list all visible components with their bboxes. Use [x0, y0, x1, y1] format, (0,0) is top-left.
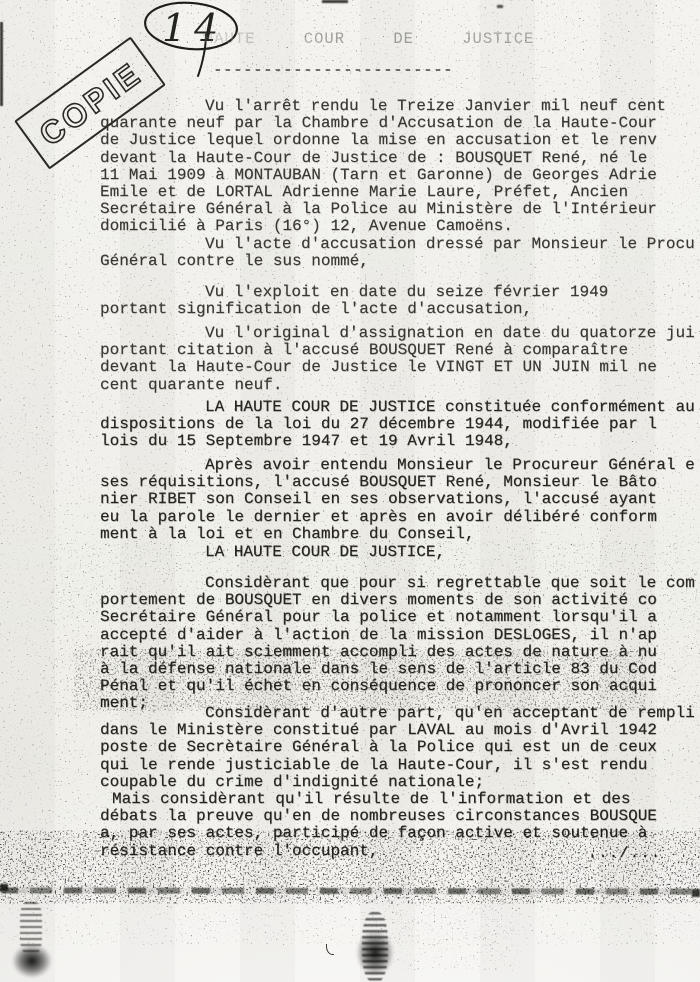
paragraph-considerant-1: Considèrant que pour si regrettable que …: [100, 575, 678, 713]
scan-edge-mark: [322, 0, 348, 3]
ink-smudge-center: [356, 930, 394, 976]
paragraph-assignation: Vu l'original d'assignation en date du q…: [100, 325, 678, 394]
paragraph-constitution: LA HAUTE COUR DE JUSTICE constituée conf…: [100, 399, 678, 451]
paragraph-haute-cour: LA HAUTE COUR DE JUSTICE,: [100, 544, 678, 561]
ink-smudge-line: [0, 887, 700, 894]
paragraph-exploit: Vu l'exploit en date du seize février 19…: [100, 284, 678, 318]
scanned-document-page: 14 COPIE HAUTE COUR DE JUSTICE ---------…: [0, 0, 700, 982]
paragraph-audience: Après avoir entendu Monsieur le Procureu…: [100, 457, 678, 543]
scan-edge-mark: [0, 22, 3, 106]
ink-smudge-left: [12, 944, 52, 978]
continuation-mark: .../...: [588, 845, 662, 862]
scan-edge-mark: [497, 5, 503, 8]
document-title: HAUTE COUR DE JUSTICE: [204, 30, 534, 48]
title-underline: ------------------------: [213, 61, 453, 79]
paragraph-acte: Vu l'acte d'accusation dressé par Monsie…: [100, 236, 678, 270]
paragraph-arret: Vu l'arrêt rendu le Treize Janvier mil n…: [100, 98, 678, 236]
paragraph-considerant-2: Considèrant d'autre part, qu'en acceptan…: [100, 705, 678, 791]
stray-pen-mark: [326, 944, 334, 955]
